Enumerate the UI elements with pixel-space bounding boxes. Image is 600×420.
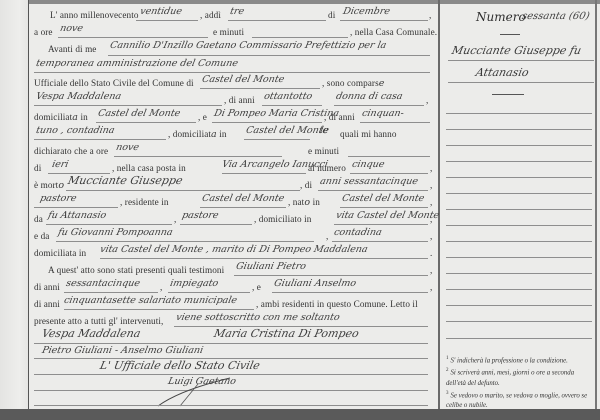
hand-residence: Castel del Monte <box>201 193 286 205</box>
frame-right-border <box>595 0 597 410</box>
hand-age-witness2: cinquantasette salariato municipale <box>63 295 238 307</box>
hand-father: fu Attanasio <box>47 210 108 222</box>
hand-witness2: Giuliani Anselmo <box>273 278 357 290</box>
hand-declarant1: Vespa Maddalena <box>35 91 122 103</box>
footnote-2: 2Si scriverà anni, mesi, giorni o ore a … <box>446 366 592 388</box>
hand-hour: nove <box>59 23 84 35</box>
hand-deceased-age: anni sessantacinque <box>319 176 419 188</box>
margin-divider <box>438 0 440 410</box>
hand-mother: fu Giovanni Pompoanna <box>57 227 174 239</box>
margin-name-line1: Mucciante Giuseppe fu <box>451 44 583 57</box>
hand-age2-cont: tuno , contadina <box>35 125 116 137</box>
hand-father-residence: vita Castel del Monte <box>335 210 441 222</box>
hand-mother-residence: vita Castel del Monte , marito di Di Pom… <box>99 244 369 256</box>
hand-comune: Castel del Monte <box>201 74 286 86</box>
hand-death-hour: nove <box>115 142 140 154</box>
signature-declarant2: Maria Cristina Di Pompeo <box>213 328 360 340</box>
hand-day: tre <box>229 6 246 18</box>
hand-profession: pastore <box>39 193 78 205</box>
frame-left-border <box>28 0 29 410</box>
hand-house-number: cinque <box>351 159 386 171</box>
hand-age-witness1: sessantacinque <box>65 278 141 290</box>
signature-declarant1: Vespa Maddalena <box>41 328 142 340</box>
death-record-page: L' anno millenovecento ventidue , addì t… <box>0 0 600 420</box>
hand-signature-clause: viene sottoscritto con me soltanto <box>175 312 341 324</box>
hand-month: Dicembre <box>342 6 391 18</box>
hand-age1: ottantotto <box>263 91 314 103</box>
hand-residence2: Castel del Monte <box>245 125 330 137</box>
binding-gutter <box>0 0 28 420</box>
top-border <box>28 0 600 4</box>
hand-officer-cont: temporanea amministrazione del Comune <box>35 58 239 70</box>
hand-birthplace: Castel del Monte <box>341 193 426 205</box>
margin-name-line2: Attanasio <box>475 66 530 79</box>
hand-witness1: Giuliani Pietro <box>235 261 307 273</box>
signature-flourish <box>150 370 240 410</box>
hand-age2: cinquan- <box>361 108 405 120</box>
footnote-1: 1S' indicherà la professione o la condiz… <box>446 354 592 366</box>
hand-year: ventidue <box>139 6 183 18</box>
hand-profession-witness1: impiegato <box>169 278 220 290</box>
hand-declarant2: Di Pompeo Maria Cristina <box>213 108 340 120</box>
footnote-3: 3Se vedovo o marito, se vedova o moglie,… <box>446 389 592 411</box>
hand-officer: Cannilio D'Inzillo Gaetano Commissario P… <box>109 40 388 52</box>
register-number-value: sessanta (60) <box>521 11 591 22</box>
signature-witnesses: Pietro Giuliani - Anselmo Giuliani <box>41 345 205 357</box>
hand-day-part: ieri <box>51 159 70 171</box>
register-number-label: Numero <box>476 10 526 24</box>
hand-mother-profession: contadina <box>333 227 383 239</box>
footnotes: 1S' indicherà la professione o la condiz… <box>446 354 592 411</box>
hand-father-profession: pastore <box>181 210 220 222</box>
hand-residence1: Castel del Monte <box>97 108 182 120</box>
line-year: L' anno millenovecento <box>50 8 139 22</box>
hand-deceased: Mucciante Giuseppe <box>67 175 184 187</box>
hand-profession1: donna di casa <box>335 91 404 103</box>
